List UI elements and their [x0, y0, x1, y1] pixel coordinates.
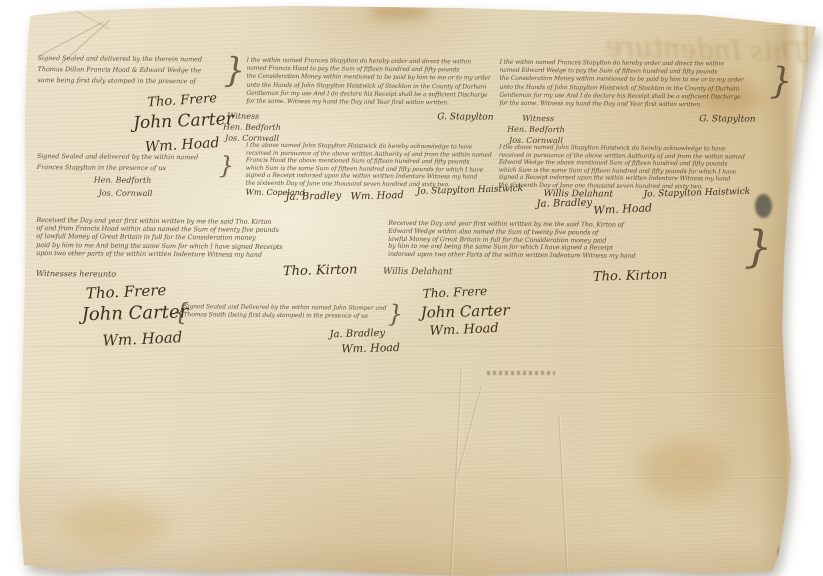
- witness-heading-right: Witness: [522, 114, 554, 123]
- signature-frere-1: Tho. Frere: [147, 91, 218, 110]
- signature-kirton-left: Tho. Kirton: [283, 262, 358, 279]
- signature-kirton-right: Tho. Kirton: [593, 268, 668, 285]
- signature-frere-2: Tho. Frere: [85, 281, 166, 303]
- receipt-acknowledgment-center: I the above named John Stapylton Haistwi…: [246, 142, 492, 189]
- handwriting-layer: Signed Sealed and delivered by the there…: [0, 0, 823, 576]
- signature-haistwick-right: Jo. Stapylton Haistwick: [644, 187, 751, 200]
- bracket-attestation-clause: Signed Sealed and Delivered by the withi…: [184, 303, 390, 321]
- signature-carter-1: John Carter: [133, 109, 234, 133]
- parchment-shadow-wrap: This Indenture Signed Sealed and deliver…: [0, 0, 823, 576]
- brace-order-right: }: [769, 64, 792, 100]
- attestation-clause-2: Signed Sealed and delivered by the withi…: [37, 151, 229, 175]
- signature-bradley-center: Ja. Bradley: [285, 190, 341, 202]
- parchment-sheet: This Indenture Signed Sealed and deliver…: [0, 0, 823, 576]
- signature-bradley-right: Ja. Bradley: [536, 197, 592, 209]
- signature-carter-3: John Carter: [420, 301, 509, 321]
- order-to-pay-center: I the within named Frances Stapylton do …: [246, 57, 492, 108]
- order-to-pay-right: I the within named Frances Stapylton do …: [499, 59, 799, 111]
- witnesses-hereunto-note: Witnesses hereunto: [36, 269, 116, 279]
- witness-bedforth-1: Hen. Bedforth: [94, 176, 152, 185]
- witness-bedforth-center: Hen. Bedforth: [223, 123, 281, 132]
- witness-bedforth-right: Hen. Bedforth: [507, 125, 565, 134]
- signature-bradley-bracket: Ja. Bradley: [329, 328, 385, 340]
- witness-cornwall-1: Jos. Cornwall: [99, 189, 153, 198]
- receipt-mid-right: Received the Day and year first within w…: [388, 220, 746, 262]
- dark-stain-bottom-right: [778, 545, 789, 560]
- signature-hoad-3: Wm. Hoad: [429, 321, 499, 339]
- signature-hoad-2: Wm. Hoad: [102, 328, 183, 350]
- brace-attestation-1: }: [223, 54, 245, 88]
- signature-stapylton-right: G. Stapylton: [699, 114, 755, 124]
- brace-receipt-mid-right: }: [744, 226, 772, 270]
- signature-hoad-center: Wm. Hoad: [350, 190, 404, 202]
- signature-carter-2: John Carter: [81, 301, 188, 325]
- attestation-clause-1: Signed Sealed and delivered by the there…: [37, 53, 229, 88]
- witness-heading-center: Witness: [227, 112, 259, 121]
- signature-frere-3: Tho. Frere: [423, 284, 488, 301]
- receipt-acknowledgment-right: I the above named John Stapylton Haistwi…: [499, 144, 799, 191]
- brace-attestation-2: }: [219, 153, 234, 177]
- signature-hoad-right: Wm. Hoad: [593, 201, 652, 217]
- receipt-mid-left: Received the Day and year first within w…: [36, 216, 328, 259]
- signature-delahant-mid: Willis Delahant: [383, 267, 453, 278]
- signature-hoad-bracket: Wm. Hoad: [341, 341, 400, 356]
- brace-bracket-clause-right: }: [388, 302, 403, 326]
- photograph-of-parchment-document: This Indenture Signed Sealed and deliver…: [0, 0, 823, 576]
- signature-stapylton-center: G. Stapylton: [437, 112, 493, 122]
